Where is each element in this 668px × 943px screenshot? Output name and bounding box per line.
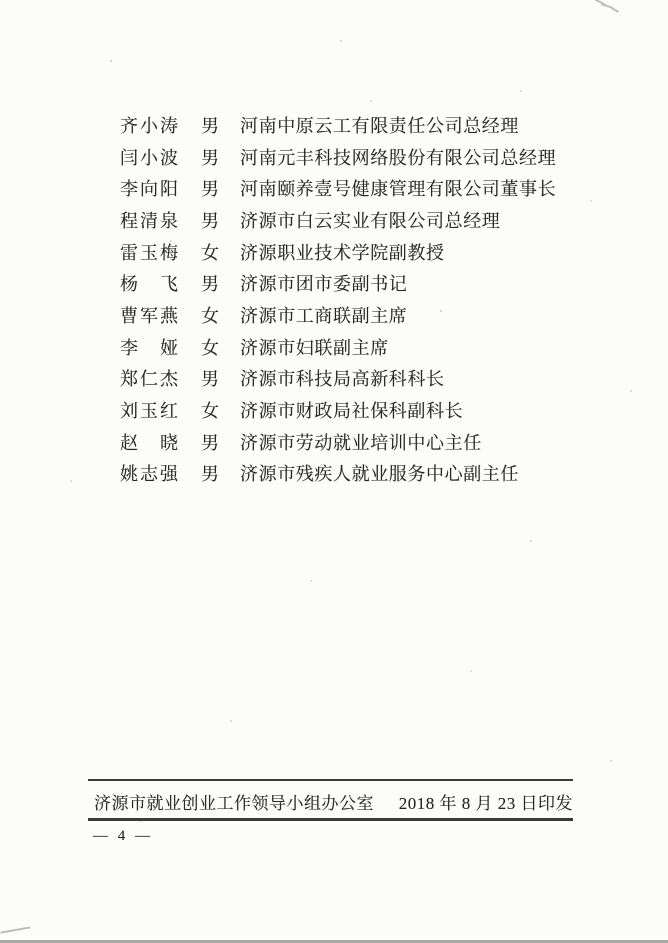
table-row: 雷玉梅 女 济源职业技术学院副教授 (120, 236, 640, 268)
person-name: 杨 飞 (120, 270, 201, 296)
person-title: 济源市劳动就业培训中心主任 (240, 429, 640, 455)
table-row: 闫小波 男 河南元丰科技网络股份有限公司总经理 (120, 141, 640, 173)
person-name: 曹军燕 (120, 302, 201, 328)
person-name: 赵 晓 (120, 429, 201, 455)
person-gender: 男 (201, 112, 240, 138)
document-page: 齐小涛 男 河南中原云工有限责任公司总经理 闫小波 男 河南元丰科技网络股份有限… (0, 0, 668, 943)
table-row: 郑仁杰 男 济源市科技局高新科科长 (120, 363, 640, 395)
person-title: 济源市白云实业有限公司总经理 (240, 207, 640, 233)
person-gender: 女 (201, 397, 240, 423)
person-name: 刘玉红 (120, 397, 201, 423)
person-name: 郑仁杰 (120, 365, 201, 391)
person-gender: 男 (201, 144, 240, 170)
person-title: 河南颐养壹号健康管理有限公司董事长 (240, 175, 640, 201)
person-name: 李 娅 (120, 334, 201, 360)
table-row: 杨 飞 男 济源市团市委副书记 (120, 267, 640, 299)
person-name: 姚志强 (120, 460, 201, 486)
person-name: 闫小波 (120, 144, 201, 170)
table-row: 赵 晓 男 济源市劳动就业培训中心主任 (120, 426, 640, 458)
person-gender: 男 (201, 175, 240, 201)
person-gender: 男 (201, 365, 240, 391)
footer-top-rule (88, 779, 573, 781)
person-title: 河南中原云工有限责任公司总经理 (240, 112, 640, 138)
person-name: 雷玉梅 (120, 239, 201, 265)
person-title: 济源市科技局高新科科长 (240, 365, 640, 391)
person-gender: 女 (201, 334, 240, 360)
person-title: 济源市妇联副主席 (240, 334, 640, 360)
roster-list: 齐小涛 男 河南中原云工有限责任公司总经理 闫小波 男 河南元丰科技网络股份有限… (120, 109, 640, 489)
person-gender: 男 (201, 270, 240, 296)
print-date: 2018 年 8 月 23 日印发 (399, 789, 573, 814)
page-number: — 4 — (93, 828, 153, 845)
person-title: 济源职业技术学院副教授 (240, 239, 640, 265)
person-title: 济源市财政局社保科副科长 (240, 397, 640, 423)
person-name: 齐小涛 (120, 112, 201, 138)
person-gender: 女 (201, 239, 240, 265)
scan-artifact-top-right (589, 0, 625, 14)
table-row: 齐小涛 男 河南中原云工有限责任公司总经理 (120, 109, 640, 141)
table-row: 程清泉 男 济源市白云实业有限公司总经理 (120, 204, 640, 236)
person-title: 济源市团市委副书记 (240, 270, 640, 296)
table-row: 曹军燕 女 济源市工商联副主席 (120, 299, 640, 331)
person-gender: 男 (201, 460, 240, 486)
person-title: 河南元丰科技网络股份有限公司总经理 (240, 144, 640, 170)
person-gender: 男 (201, 207, 240, 233)
person-title: 济源市残疾人就业服务中心副主任 (240, 460, 640, 486)
footer-bottom-rule (88, 818, 573, 821)
scan-artifact-bottom-left (0, 926, 31, 940)
person-name: 程清泉 (120, 207, 201, 233)
scan-noise (110, 60, 112, 62)
person-gender: 男 (201, 429, 240, 455)
table-row: 姚志强 男 济源市残疾人就业服务中心副主任 (120, 458, 640, 490)
table-row: 李 娅 女 济源市妇联副主席 (120, 331, 640, 363)
table-row: 李向阳 男 河南颐养壹号健康管理有限公司董事长 (120, 172, 640, 204)
person-title: 济源市工商联副主席 (240, 302, 640, 328)
person-gender: 女 (201, 302, 240, 328)
person-name: 李向阳 (120, 175, 201, 201)
table-row: 刘玉红 女 济源市财政局社保科副科长 (120, 394, 640, 426)
colophon: 济源市就业创业工作领导小组办公室 2018 年 8 月 23 日印发 (88, 789, 573, 813)
issuing-office: 济源市就业创业工作领导小组办公室 (94, 789, 374, 814)
